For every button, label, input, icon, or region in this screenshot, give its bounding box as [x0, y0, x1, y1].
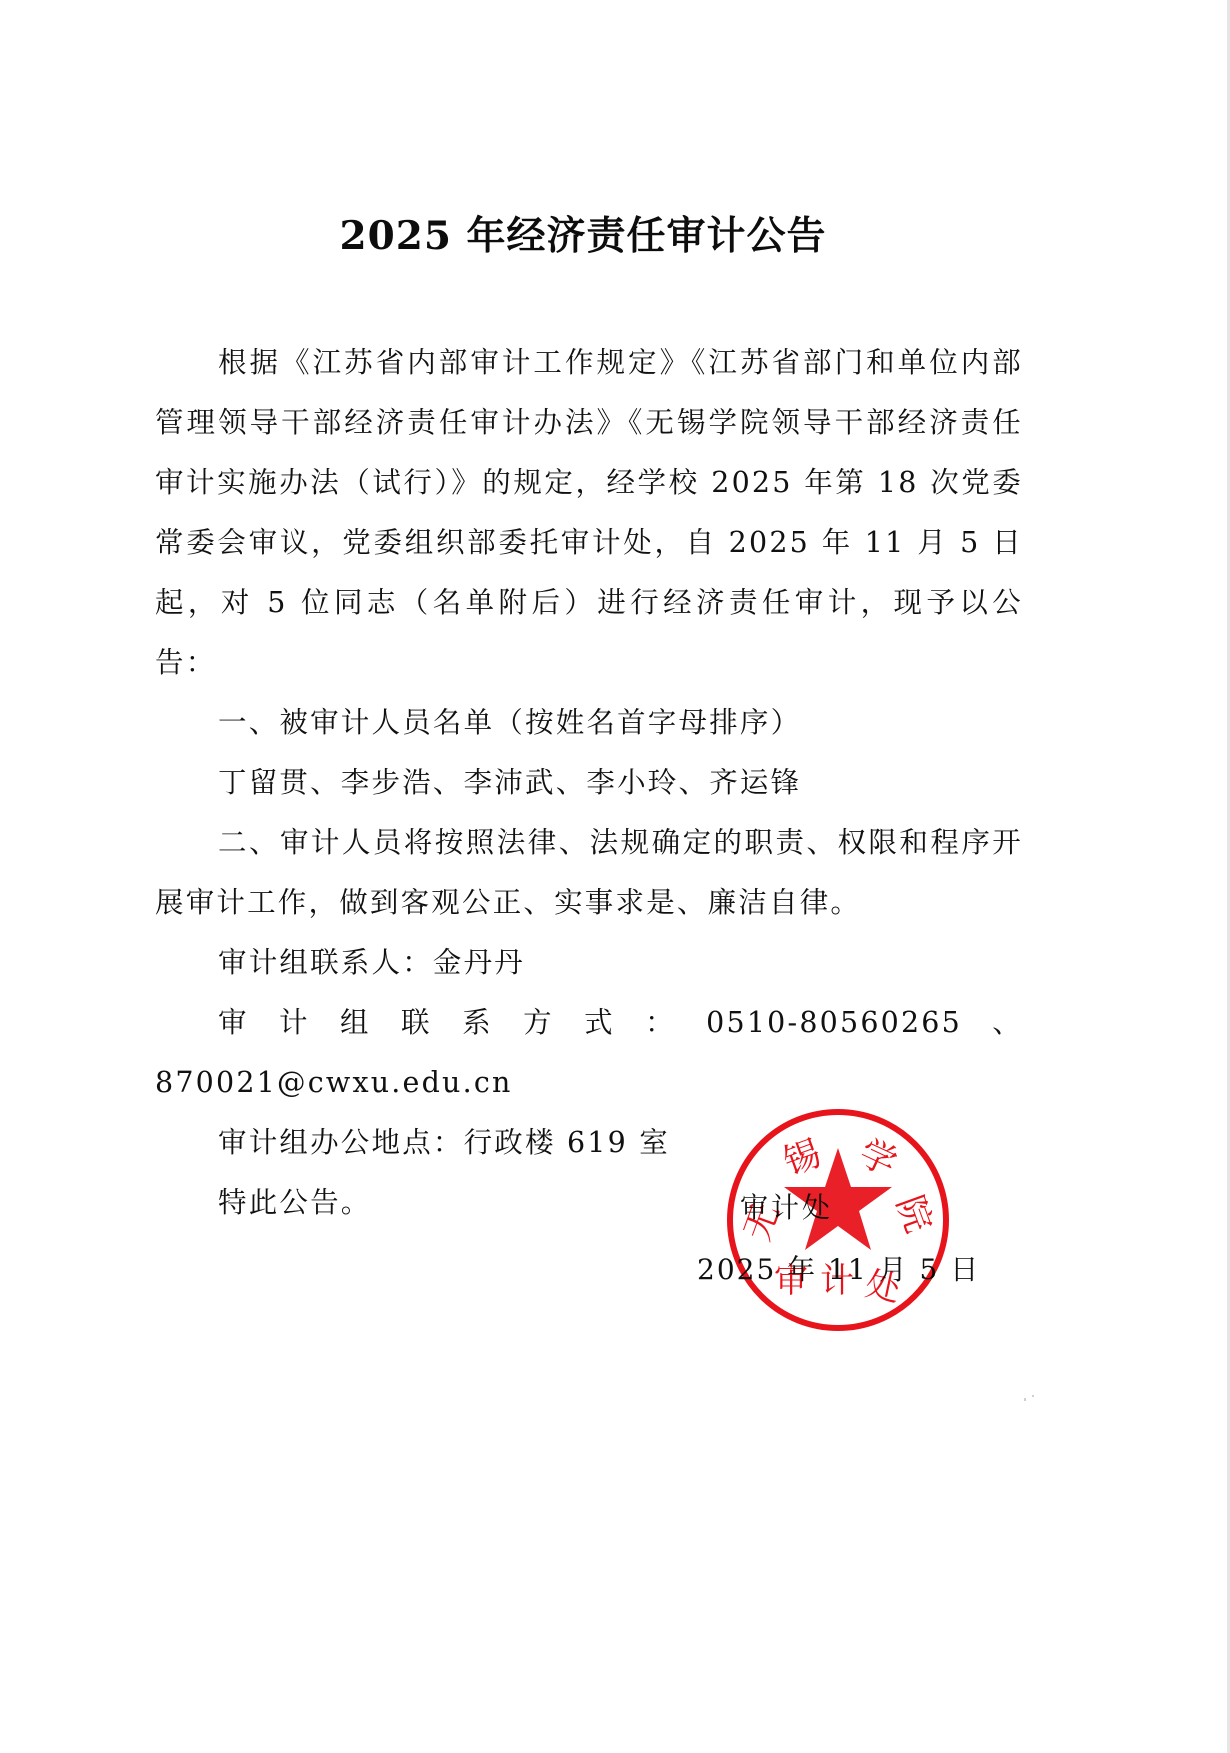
document-body: 根据《江苏省内部审计工作规定》《江苏省部门和单位内部管理领导干部经济责任审计办法…	[155, 333, 1023, 1233]
issuer-signature: 审计处	[740, 1188, 833, 1228]
paragraph-intro: 根据《江苏省内部审计工作规定》《江苏省部门和单位内部管理领导干部经济责任审计办法…	[155, 333, 1023, 693]
closing-line: 特此公告。	[155, 1173, 1023, 1233]
auditee-list: 丁留贯、李步浩、李沛武、李小玲、齐运锋	[155, 753, 1023, 813]
document-title: 2025 年经济责任审计公告	[0, 206, 1166, 266]
section-1-heading: 一、被审计人员名单（按姓名首字母排序）	[155, 693, 1023, 753]
scan-speck	[1024, 1398, 1026, 1401]
document-page: 2025 年经济责任审计公告 根据《江苏省内部审计工作规定》《江苏省部门和单位内…	[0, 0, 1230, 1753]
office-location-line: 审计组办公地点：行政楼 619 室	[155, 1113, 1023, 1173]
contact-method-line: 审计组联系方式：0510-80560265、870021@cwxu.edu.cn	[155, 993, 1023, 1113]
contact-person-line: 审计组联系人：金丹丹	[155, 933, 1023, 993]
issue-date: 2025 年 11 月 5 日	[697, 1250, 980, 1290]
section-2-paragraph: 二、审计人员将按照法律、法规确定的职责、权限和程序开展审计工作，做到客观公正、实…	[155, 813, 1023, 933]
scan-speck	[1032, 1395, 1034, 1397]
